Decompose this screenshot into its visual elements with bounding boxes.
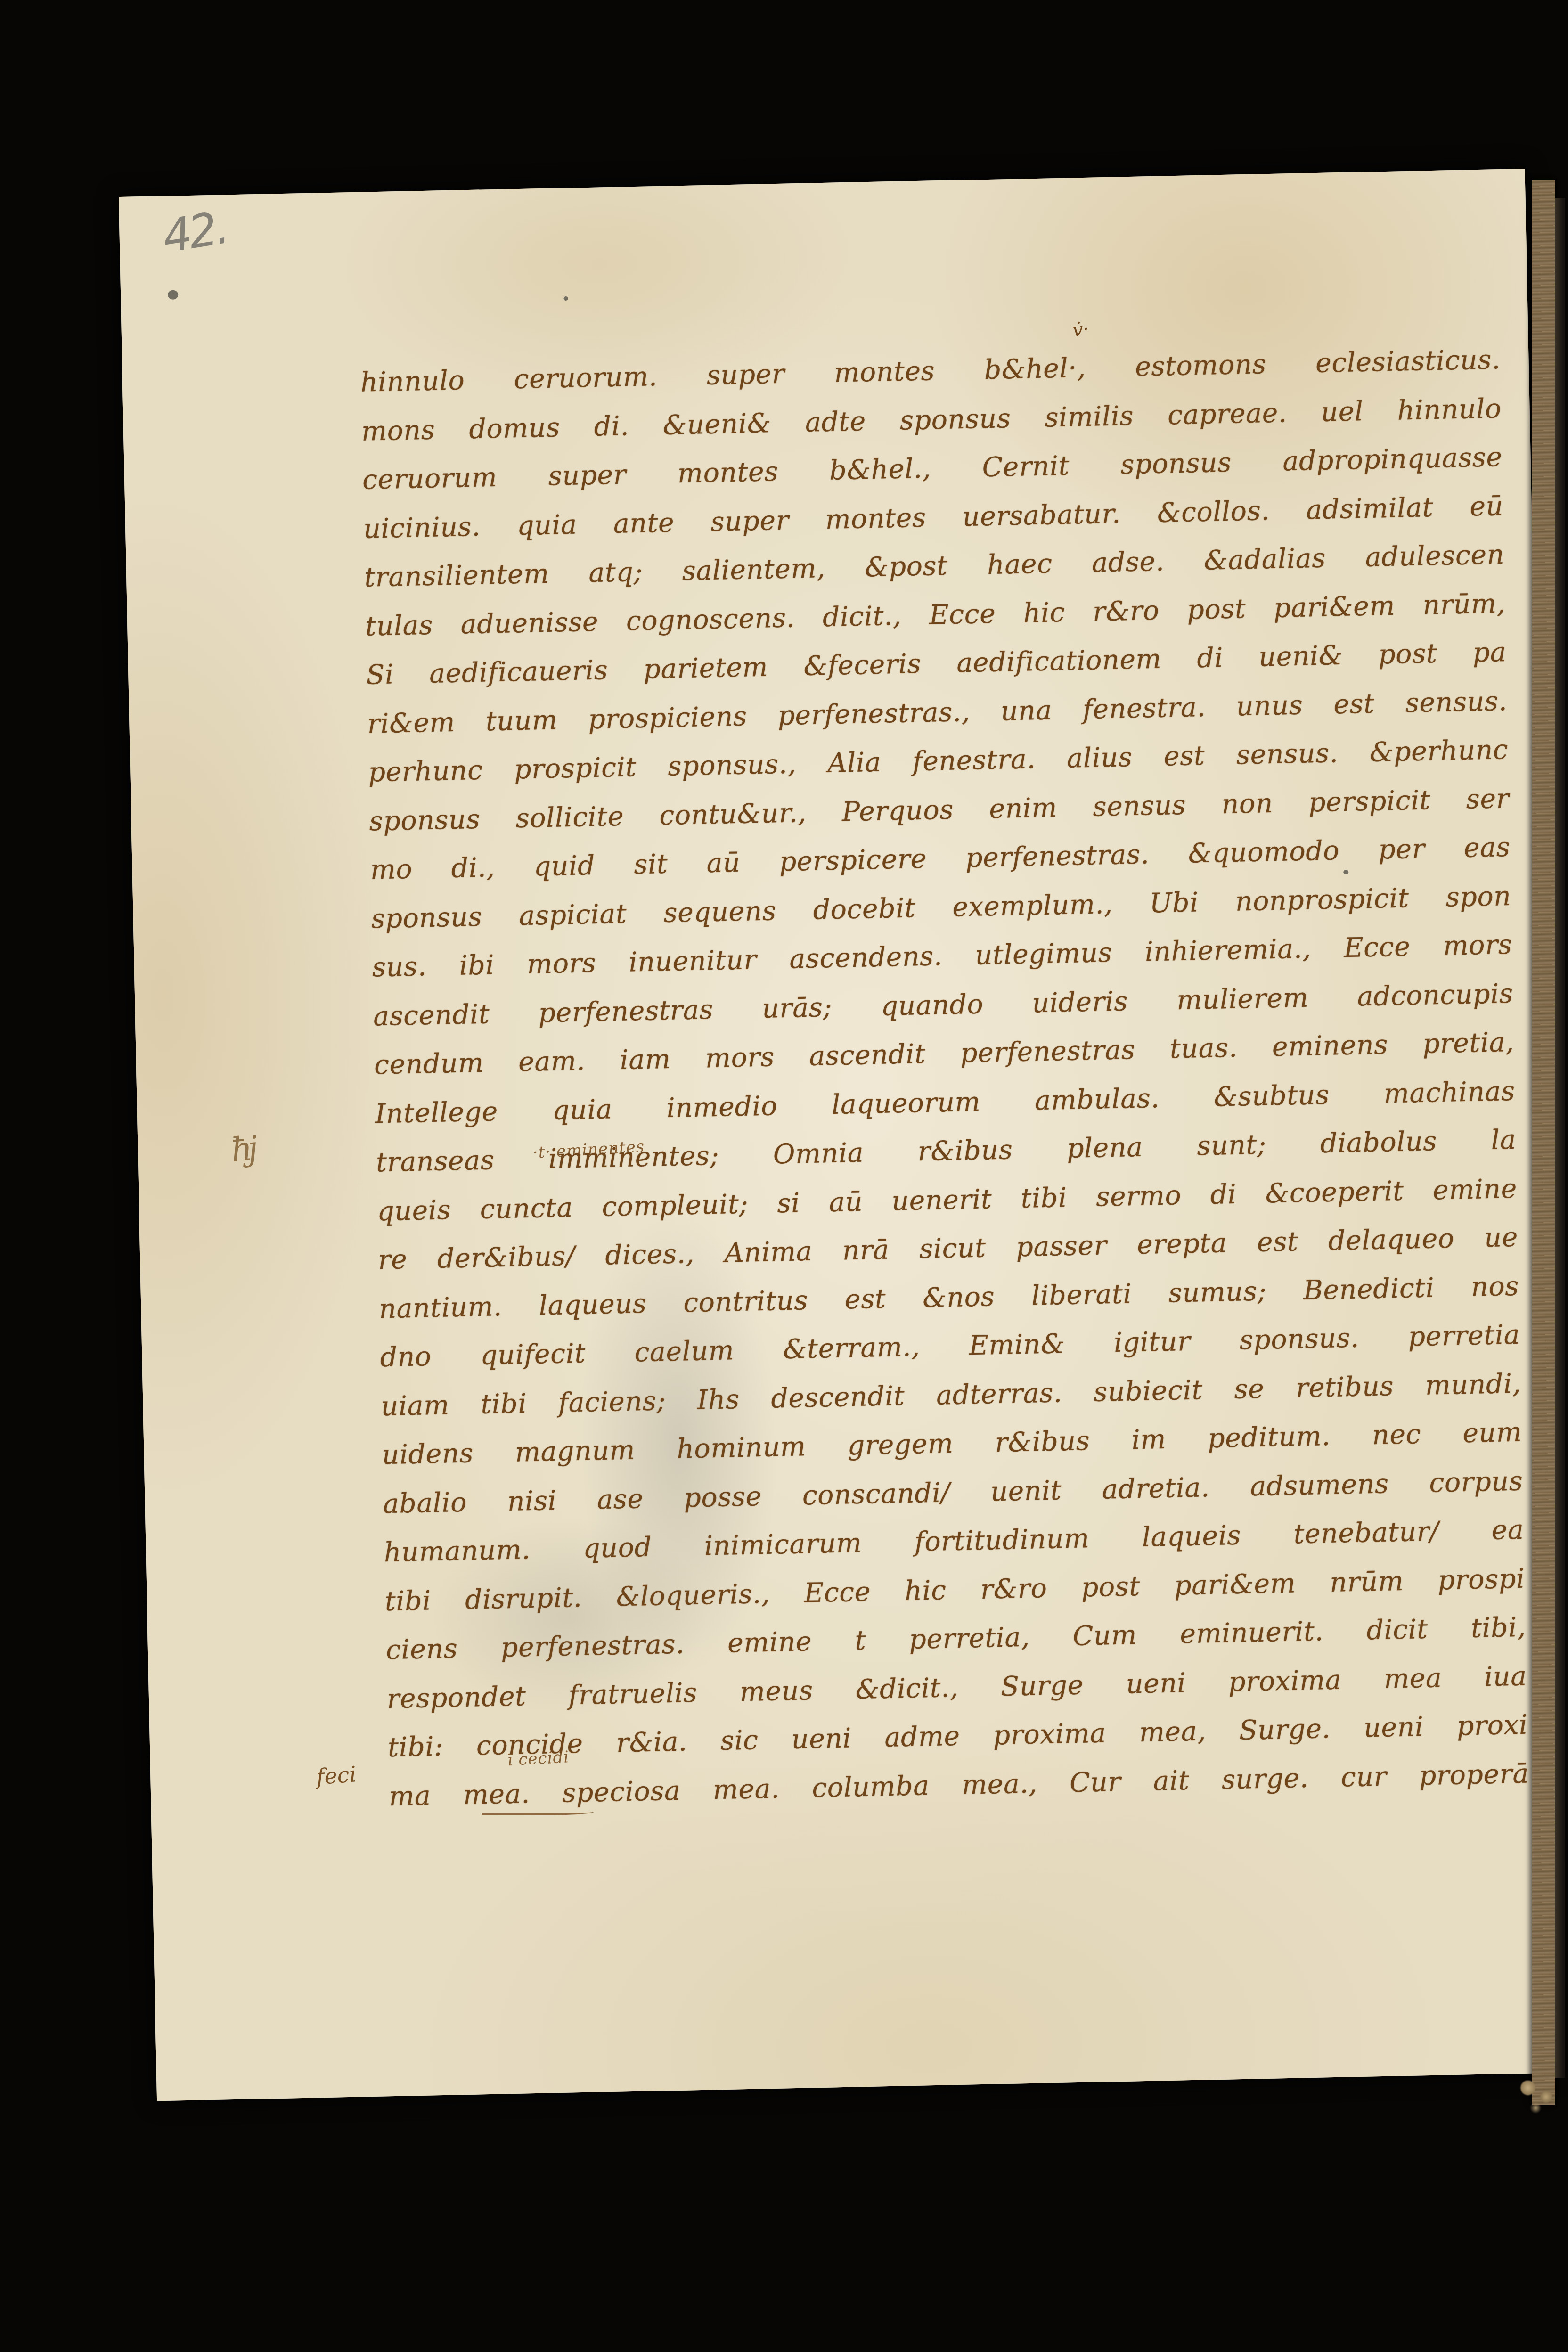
margin-annotation: feci xyxy=(315,1761,357,1789)
ink-speck xyxy=(563,296,568,301)
photograph-background: { "page": { "folio_number": "42.", "nota… xyxy=(0,0,1568,2352)
interlinear-insertion-mark: v̇· xyxy=(1071,318,1090,342)
folio-number: 42. xyxy=(159,201,230,263)
ink-speck xyxy=(168,290,178,300)
margin-nota-mark: ħj xyxy=(229,1129,255,1169)
parchment-page: 42. v̇· ħj feci ·t· eminentes ī cecidi h… xyxy=(119,169,1563,2101)
page-stack-edge xyxy=(1555,198,1565,2078)
text-block: hinnulo ceruorum. super montes b&hel·, e… xyxy=(360,335,1535,1856)
binding-thread-knot xyxy=(1512,2072,1564,2117)
book-binding-edge xyxy=(1532,180,1555,2105)
